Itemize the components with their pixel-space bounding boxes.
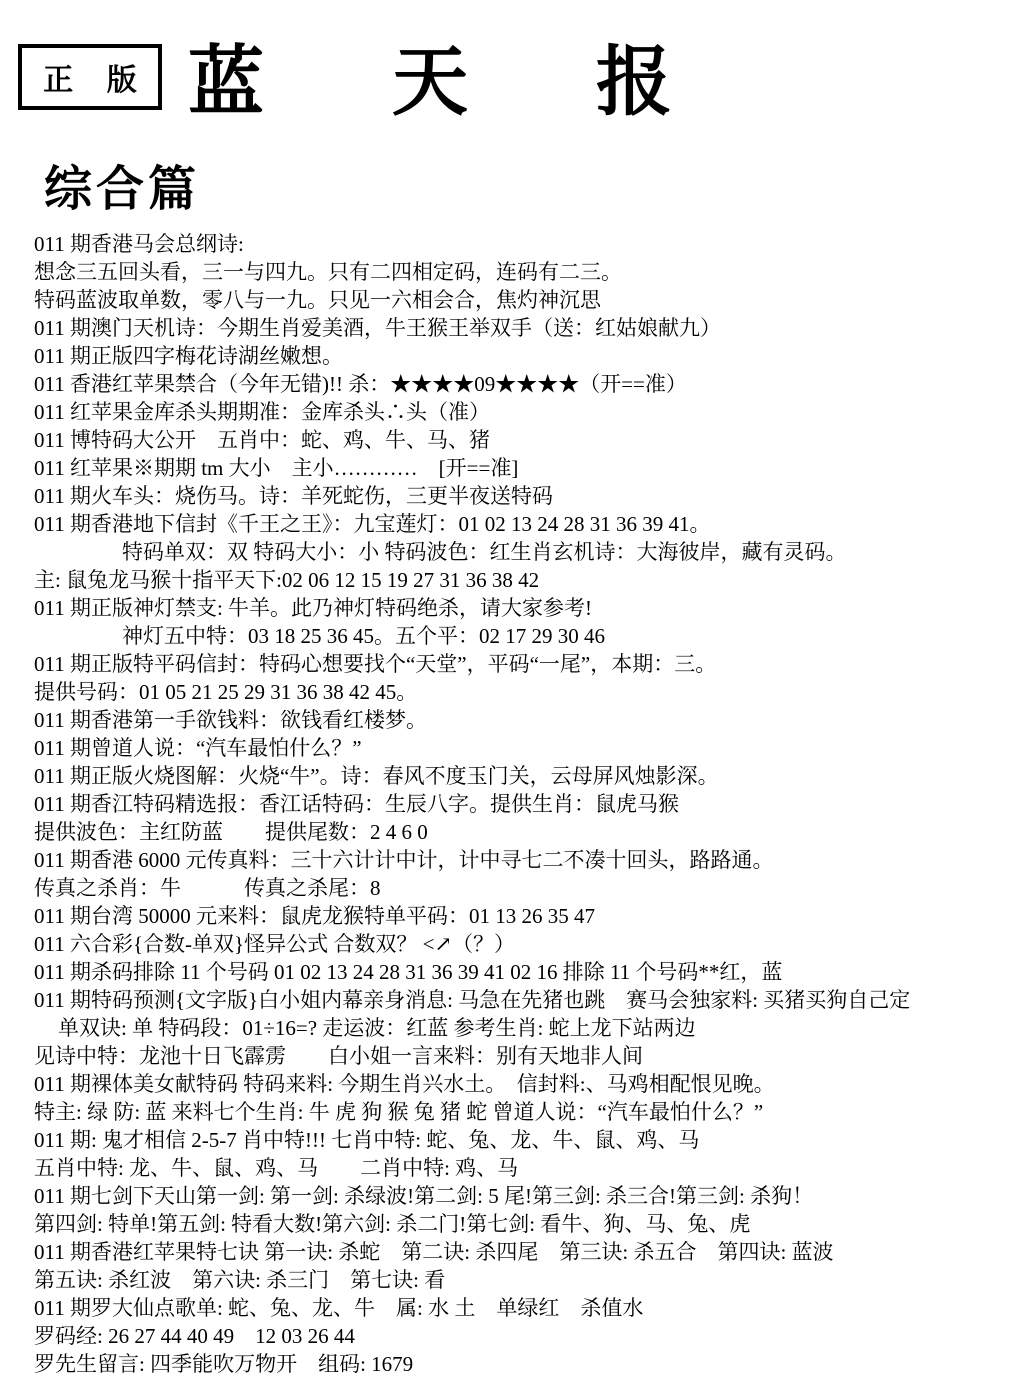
text-line: 011 期七剑下天山第一剑: 第一剑: 杀绿波!第二剑: 5 尾!第三剑: 杀三… [34, 1182, 1019, 1210]
text-line: 011 期澳门天机诗：今期生肖爱美酒，牛王猴王举双手（送：红姑娘献九） [34, 314, 1019, 342]
text-line: 011 期裸体美女献特码 特码来料: 今期生肖兴水土。 信封料:、马鸡相配恨见晚… [34, 1070, 1019, 1098]
text-line: 011 期香港马会总纲诗: [34, 230, 1019, 258]
text-line: 提供波色：主红防蓝 提供尾数：2 4 6 0 [34, 818, 1019, 846]
text-line: 011 期特码预测{文字版}白小姐内幕亲身消息: 马急在先猪也跳 赛马会独家料:… [34, 986, 1019, 1014]
text-line: 罗码经: 26 27 44 40 49 12 03 26 44 [34, 1322, 1019, 1350]
text-line: 011 期正版四字梅花诗湖丝嫩想。 [34, 342, 1019, 370]
text-line: 011 期正版神灯禁支: 牛羊。此乃神灯特码绝杀，请大家参考! [34, 594, 1019, 622]
text-line: 011 博特码大公开 五肖中：蛇、鸡、牛、马、猪 [34, 426, 1019, 454]
text-line: 011 期香港红苹果特七诀 第一诀: 杀蛇 第二诀: 杀四尾 第三诀: 杀五合 … [34, 1238, 1019, 1266]
text-line: 011 期正版火烧图解：火烧“牛”。诗：春风不度玉门关，云母屏风烛影深。 [34, 762, 1019, 790]
body-lines: 011 期香港马会总纲诗:想念三五回头看，三一与四九。只有二四相定码，连码有二三… [34, 230, 1019, 1378]
authentic-edition-badge: 正 版 [18, 44, 162, 110]
text-line: 第五诀: 杀红波 第六诀: 杀三门 第七诀: 看 [34, 1266, 1019, 1294]
text-line: 提供号码：01 05 21 25 29 31 36 38 42 45。 [34, 678, 1019, 706]
text-line: 单双诀: 单 特码段：01÷16=? 走运波：红蓝 参考生肖: 蛇上龙下站两边 [34, 1014, 1019, 1042]
text-line: 想念三五回头看，三一与四九。只有二四相定码，连码有二三。 [34, 258, 1019, 286]
newspaper-page: 正 版 蓝天报 综合篇 011 期香港马会总纲诗:想念三五回头看，三一与四九。只… [0, 0, 1024, 1388]
text-line: 011 红苹果※期期 tm 大小 主小………… [开==准] [34, 454, 1019, 482]
text-line: 神灯五中特：03 18 25 36 45。五个平：02 17 29 30 46 [34, 622, 1019, 650]
text-line: 011 期香港地下信封《千王之王》：九宝莲灯：01 02 13 24 28 31… [34, 510, 1019, 538]
text-line: 见诗中特：龙池十日飞霹雳 白小姐一言来料：别有天地非人间 [34, 1042, 1019, 1070]
text-line: 罗先生留言: 四季能吹万物开 组码: 1679 [34, 1350, 1019, 1378]
text-line: 特码蓝波取单数，零八与一九。只见一六相会合，焦灼神沉思 [34, 286, 1019, 314]
section-title: 综合篇 [44, 150, 200, 219]
text-line: 011 期正版特平码信封：特码心想要找个“天堂”，平码“一尾”，本期：三。 [34, 650, 1019, 678]
text-line: 011 期火车头：烧伤马。诗：羊死蛇伤，三更半夜送特码 [34, 482, 1019, 510]
text-line: 011 期罗大仙点歌单: 蛇、兔、龙、牛 属: 水 土 单绿红 杀值水 [34, 1294, 1019, 1322]
text-line: 011 期台湾 50000 元来料：鼠虎龙猴特单平码：01 13 26 35 4… [34, 902, 1019, 930]
text-line: 011 六合彩{合数-单双}怪异公式 合数双？ <↗（？） [34, 930, 1019, 958]
text-line: 特码单双：双 特码大小：小 特码波色：红生肖玄机诗：大海彼岸，藏有灵码。 [34, 538, 1019, 566]
text-line: 011 期杀码排除 11 个号码 01 02 13 24 28 31 36 39… [34, 958, 1019, 986]
text-line: 011 期香江特码精选报：香江话特码：生辰八字。提供生肖：鼠虎马猴 [34, 790, 1019, 818]
text-line: 特主: 绿 防: 蓝 来料七个生肖: 牛 虎 狗 猴 兔 猪 蛇 曾道人说：“汽… [34, 1098, 1019, 1126]
text-line: 011 香港红苹果禁合（今年无错)!! 杀：★★★★09★★★★（开==准） [34, 370, 1019, 398]
text-line: 第四剑: 特单!第五剑: 特看大数!第六剑: 杀二门!第七剑: 看牛、狗、马、兔… [34, 1210, 1019, 1238]
text-line: 011 红苹果金库杀头期期准：金库杀头∴头（准） [34, 398, 1019, 426]
text-line: 主: 鼠兔龙马猴十指平天下:02 06 12 15 19 27 31 36 38… [34, 566, 1019, 594]
text-line: 五肖中特: 龙、牛、鼠、鸡、马 二肖中特: 鸡、马 [34, 1154, 1019, 1182]
text-line: 011 期曾道人说：“汽车最怕什么？” [34, 734, 1019, 762]
text-line: 011 期香港 6000 元传真料：三十六计计中计，计中寻七二不凑十回头，路路通… [34, 846, 1019, 874]
text-line: 011 期: 鬼才相信 2-5-7 肖中特!!! 七肖中特: 蛇、兔、龙、牛、鼠… [34, 1126, 1019, 1154]
text-line: 传真之杀肖：牛 传真之杀尾：8 [34, 874, 1019, 902]
newspaper-title: 蓝天报 [188, 42, 800, 126]
text-line: 011 期香港第一手欲钱料：欲钱看红楼梦。 [34, 706, 1019, 734]
